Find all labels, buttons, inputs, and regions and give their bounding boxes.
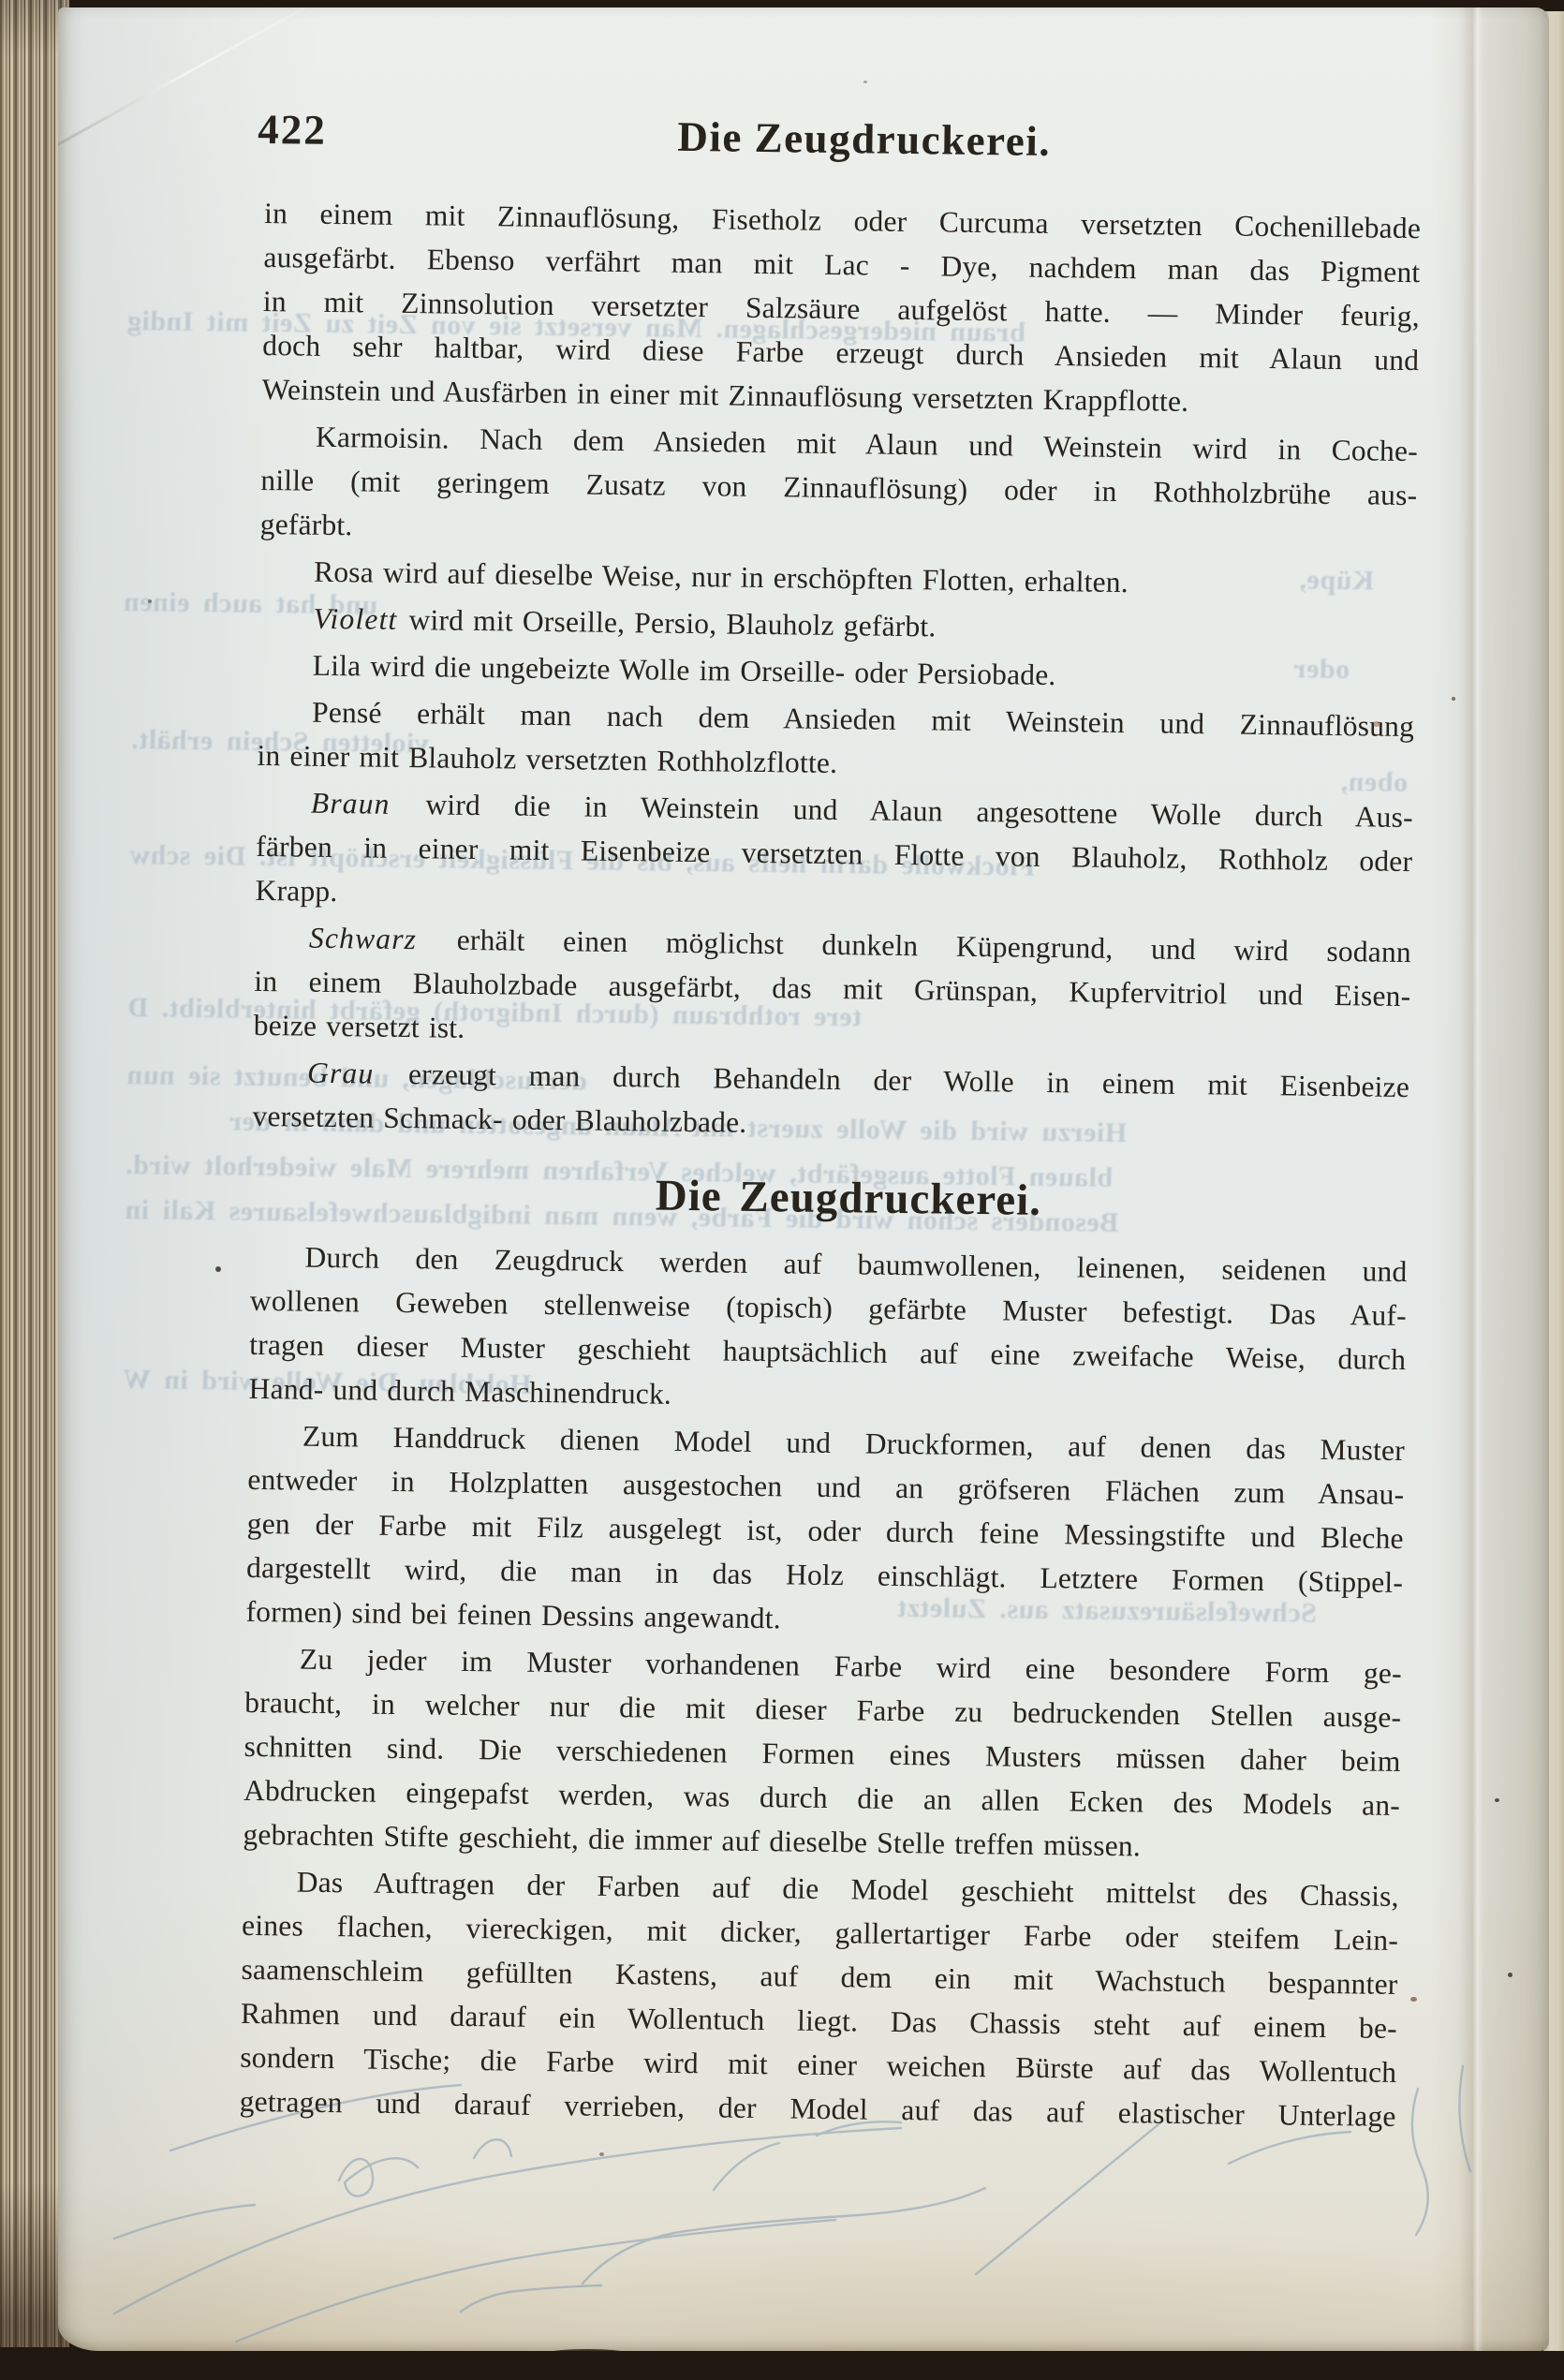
paragraph: Braun wird die in Weinstein und Alaun an… [255, 780, 1413, 927]
paper-speck [863, 81, 867, 83]
paper-speck [599, 2152, 604, 2156]
book-scan: braun niedergeschlagen. Man versetzt sie… [0, 0, 1564, 2380]
color-term: Violett [313, 602, 397, 636]
section-heading: Die Zeugdruckerei. [270, 1165, 1427, 1231]
body-text-bottom: Durch den Zeugdruck werden auf baumwolle… [239, 1234, 1407, 2138]
paragraph: Zu jeder im Muster vorhandenen Farbe wir… [243, 1636, 1402, 1871]
color-term: Grau [307, 1057, 375, 1090]
color-term: Schwarz [309, 922, 418, 956]
paper-speck [148, 599, 152, 603]
book-page: braun niedergeschlagen. Man versetzt sie… [58, 7, 1549, 2351]
paper-speck [1495, 1798, 1499, 1802]
paragraph: Zum Handdruck dienen Model und Druckform… [245, 1413, 1405, 1648]
paragraph: Durch den Zeugdruck werden auf baumwolle… [248, 1234, 1407, 1426]
paper-speck [1452, 697, 1455, 701]
paragraph: Karmoisin. Nach dem Ansieden mit Alaun u… [259, 414, 1418, 561]
color-term: Braun [311, 787, 391, 820]
paragraph: Grau erzeugt man durch Behandeln der Wol… [252, 1050, 1409, 1153]
running-head: Die Zeugdruckerei. [286, 107, 1443, 170]
body-text-top: in einem mit Zinnauflösung, Fisetholz od… [252, 191, 1421, 1153]
printed-text-block: 422 Die Zeugdruckerei. in einem mit Zinn… [237, 7, 1424, 2289]
paper-speck [1508, 1973, 1512, 1977]
paragraph: Das Auftragen der Farben auf die Model g… [239, 1859, 1399, 2138]
paper-speck [215, 1266, 221, 1272]
paragraph: in einem mit Zinnauflösung, Fisetholz od… [261, 191, 1421, 426]
paragraph: Schwarz erhält einen möglichst dunkeln K… [253, 915, 1411, 1062]
paper-speck [1410, 1997, 1417, 2002]
paper-speck [1373, 721, 1380, 727]
paragraph: Pensé erhält man nach dem Ansieden mit W… [257, 689, 1414, 792]
page-header: 422 Die Zeugdruckerei. [265, 105, 1423, 172]
